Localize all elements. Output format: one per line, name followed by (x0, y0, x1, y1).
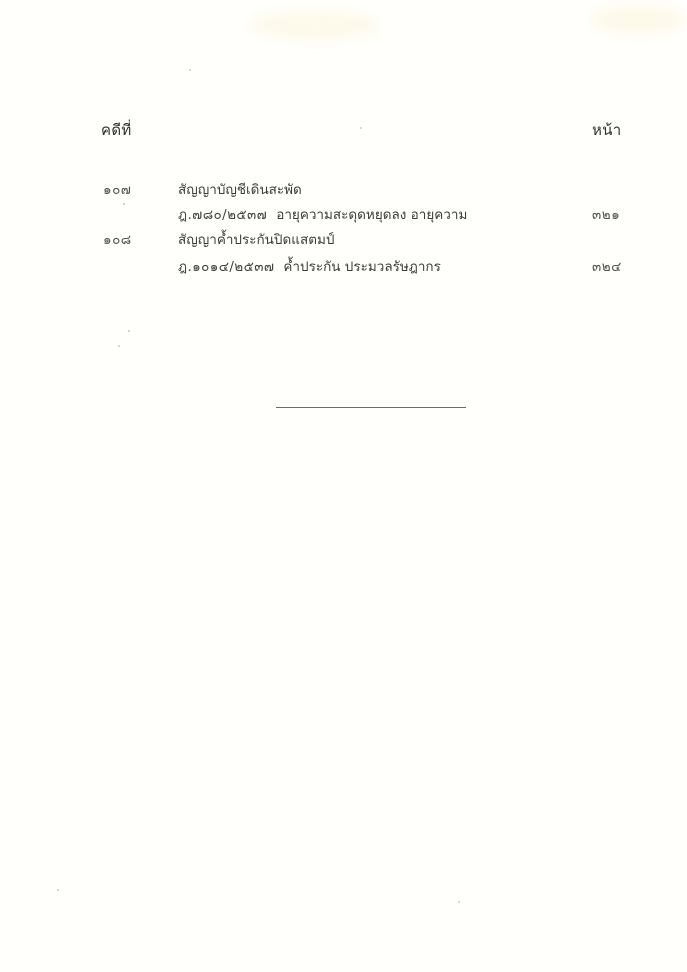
scan-speck (118, 345, 120, 347)
topics: ค้ำประกัน ประมวลรัษฎากร (283, 259, 440, 275)
scan-smudge (250, 10, 380, 40)
page-column-header: หน้า (592, 118, 621, 142)
case-number: ๑๐๘ (103, 228, 132, 250)
topics: อายุความสะดุดหยุดลง อายุความ (276, 207, 467, 223)
case-title: สัญญาค้ำประกันปิดแสตมป์ (178, 228, 334, 250)
case-column-header: คดีที่ (101, 118, 132, 142)
scan-smudge (590, 5, 687, 35)
citation: ฎ.๗๘๐/๒๕๓๗ (178, 207, 267, 223)
document-page: คดีที่ หน้า ๑๐๗ สัญญาบัญชีเดินสะพัด ฎ.๗๘… (0, 0, 687, 972)
case-reference: ฎ.๑๐๑๔/๒๕๓๗ค้ำประกัน ประมวลรัษฎากร (178, 255, 441, 277)
case-number: ๑๐๗ (103, 178, 131, 200)
scan-speck (360, 127, 362, 129)
page-number: ๓๒๔ (592, 255, 622, 277)
toc-entry-title-row: ๑๐๗ สัญญาบัญชีเดินสะพัด (0, 178, 687, 200)
citation: ฎ.๑๐๑๔/๒๕๓๗ (178, 259, 274, 275)
case-title: สัญญาบัญชีเดินสะพัด (178, 178, 302, 200)
scan-speck (57, 889, 59, 891)
toc-entry-ref-row: ฎ.๑๐๑๔/๒๕๓๗ค้ำประกัน ประมวลรัษฎากร ๓๒๔ (0, 255, 687, 277)
scan-speck (128, 330, 130, 332)
scan-speck (458, 901, 460, 903)
scan-speck (189, 69, 191, 71)
case-reference: ฎ.๗๘๐/๒๕๓๗อายุความสะดุดหยุดลง อายุความ (178, 203, 467, 225)
page-number: ๓๒๑ (592, 203, 620, 225)
toc-entry-ref-row: ฎ.๗๘๐/๒๕๓๗อายุความสะดุดหยุดลง อายุความ ๓… (0, 203, 687, 225)
toc-entry-title-row: ๑๐๘ สัญญาค้ำประกันปิดแสตมป์ (0, 228, 687, 250)
end-divider (276, 407, 466, 408)
